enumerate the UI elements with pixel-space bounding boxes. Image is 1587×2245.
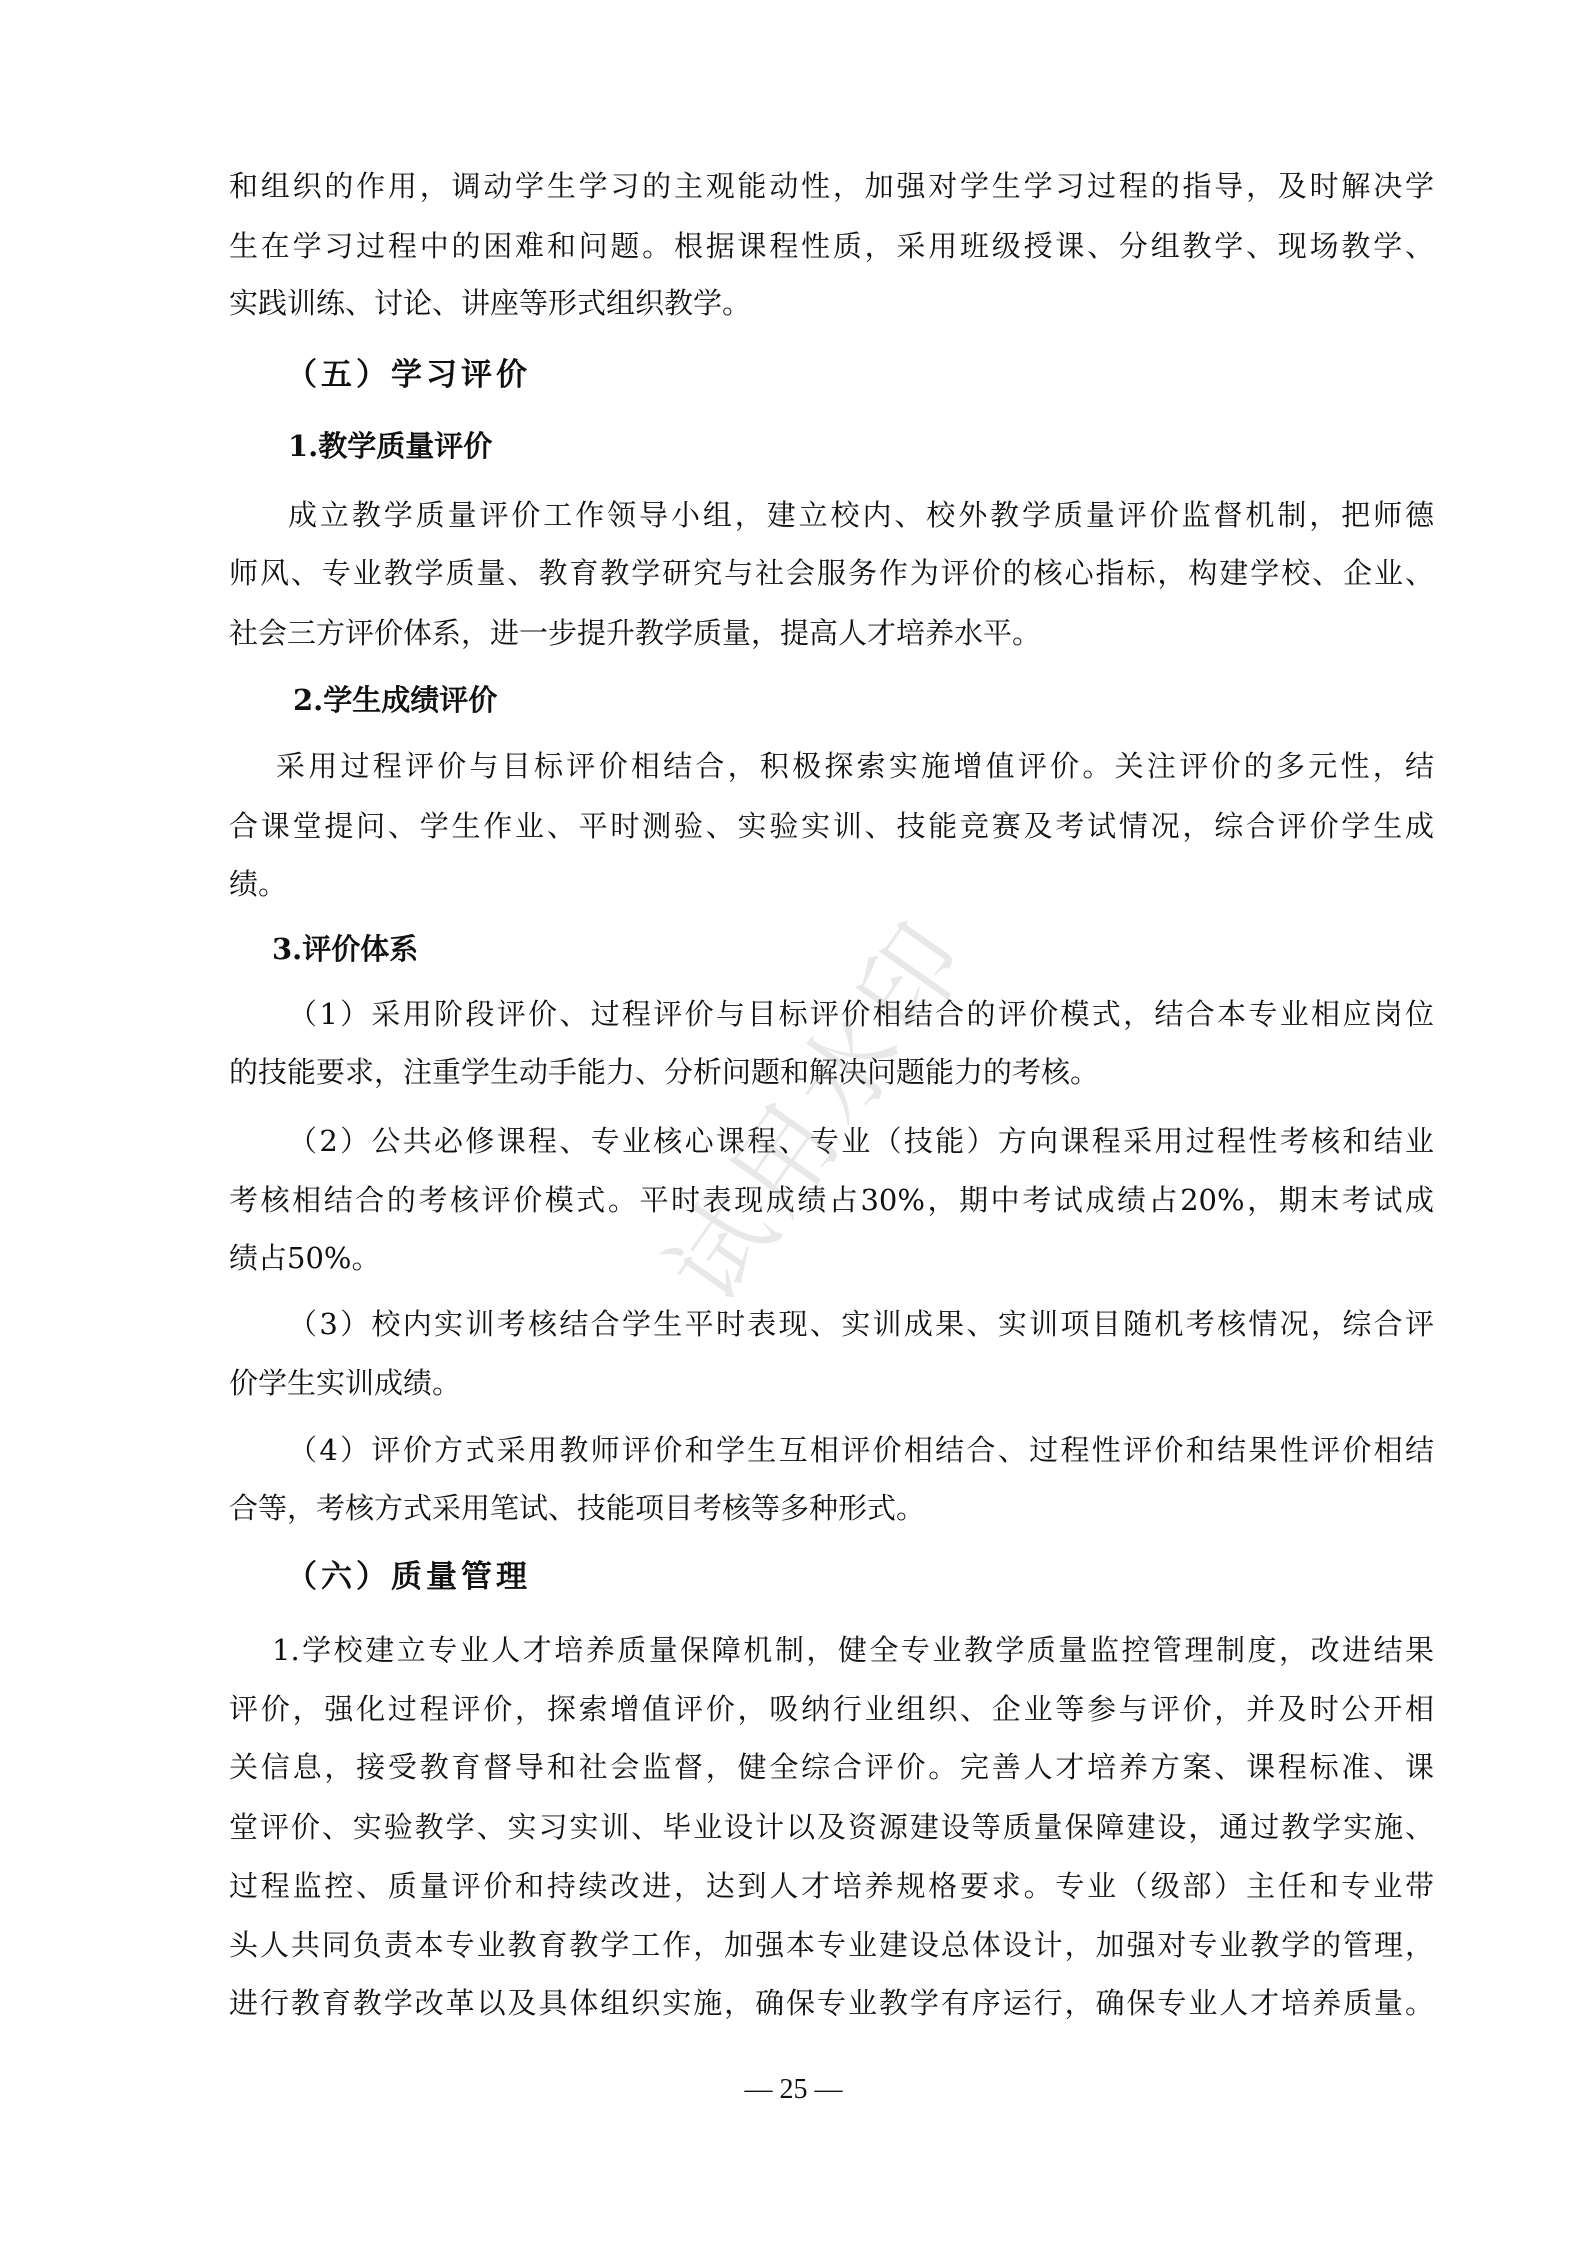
student-grade-line-1: 采用过程评价与目标评价相结合，积极探索实施增值评价。关注评价的多元性，结 (276, 746, 1434, 786)
teaching-quality-line-2: 师风、专业教学质量、教育教学研究与社会服务作为评价的核心指标，构建学校、企业、 (229, 553, 1434, 593)
evaluation-item-1-line-1: （1）采用阶段评价、过程评价与目标评价相结合的评价模式，结合本专业相应岗位 (288, 994, 1434, 1034)
quality-management-line-5: 过程监控、质量评价和持续改进，达到人才培养规格要求。专业（级部）主任和专业带 (229, 1866, 1434, 1906)
evaluation-item-4-line-1: （4）评价方式采用教师评价和学生互相评价相结合、过程性评价和结果性评价相结 (288, 1430, 1434, 1470)
evaluation-item-3-line-2: 价学生实训成绩。 (229, 1363, 1434, 1403)
trial-watermark: 试用水印 (614, 857, 1027, 1363)
page-number: — 25 — (0, 2072, 1587, 2108)
intro-line-2: 生在学习过程中的困难和问题。根据课程性质，采用班级授课、分组教学、现场教学、 (229, 226, 1434, 266)
evaluation-item-2-line-3: 绩占50%。 (229, 1238, 1434, 1278)
quality-management-line-4: 堂评价、实验教学、实习实训、毕业设计以及资源建设等质量保障建设，通过教学实施、 (229, 1807, 1434, 1847)
intro-line-3: 实践训练、讨论、讲座等形式组织教学。 (229, 283, 1434, 323)
quality-management-line-7: 进行教育教学改革以及具体组织实施，确保专业教学有序运行，确保专业人才培养质量。 (229, 1983, 1434, 2023)
quality-management-line-1: 1.学校建立专业人才培养质量保障机制，健全专业教学质量监控管理制度，改进结果 (272, 1630, 1434, 1670)
evaluation-item-3-line-1: （3）校内实训考核结合学生平时表现、实训成果、实训项目随机考核情况，综合评 (288, 1304, 1434, 1344)
evaluation-item-4-line-2: 合等，考核方式采用笔试、技能项目考核等多种形式。 (229, 1488, 1434, 1528)
intro-line-1: 和组织的作用，调动学生学习的主观能动性，加强对学生学习过程的指导，及时解决学 (229, 166, 1434, 206)
section-heading-learning-evaluation: （五）学习评价 (286, 353, 531, 397)
evaluation-item-2-line-1: （2）公共必修课程、专业核心课程、专业（技能）方向课程采用过程性考核和结业 (288, 1121, 1434, 1161)
teaching-quality-line-1: 成立教学质量评价工作领导小组，建立校内、校外教学质量评价监督机制，把师德 (288, 495, 1434, 535)
evaluation-item-2-line-2: 考核相结合的考核评价模式。平时表现成绩占30%，期中考试成绩占20%，期末考试成 (229, 1180, 1434, 1220)
subheading-evaluation-system: 3.评价体系 (272, 927, 418, 971)
quality-management-line-6: 头人共同负责本专业教育教学工作，加强本专业建设总体设计，加强对专业教学的管理， (229, 1925, 1434, 1965)
evaluation-item-1-line-2: 的技能要求，注重学生动手能力、分析问题和解决问题能力的考核。 (229, 1052, 1434, 1092)
section-heading-quality-management: （六）质量管理 (286, 1555, 531, 1599)
subheading-teaching-quality-evaluation: 1.教学质量评价 (288, 424, 492, 468)
student-grade-line-2: 合课堂提问、学生作业、平时测验、实验实训、技能竞赛及考试情况，综合评价学生成 (229, 806, 1434, 846)
student-grade-line-3: 绩。 (229, 864, 1434, 904)
teaching-quality-line-3: 社会三方评价体系，进一步提升教学质量，提高人才培养水平。 (229, 613, 1434, 653)
quality-management-line-3: 关信息，接受教育督导和社会监督，健全综合评价。完善人才培养方案、课程标准、课 (229, 1747, 1434, 1787)
subheading-student-grade-evaluation: 2.学生成绩评价 (293, 678, 497, 722)
quality-management-line-2: 评价，强化过程评价，探索增值评价，吸纳行业组织、企业等参与评价，并及时公开相 (229, 1689, 1434, 1729)
